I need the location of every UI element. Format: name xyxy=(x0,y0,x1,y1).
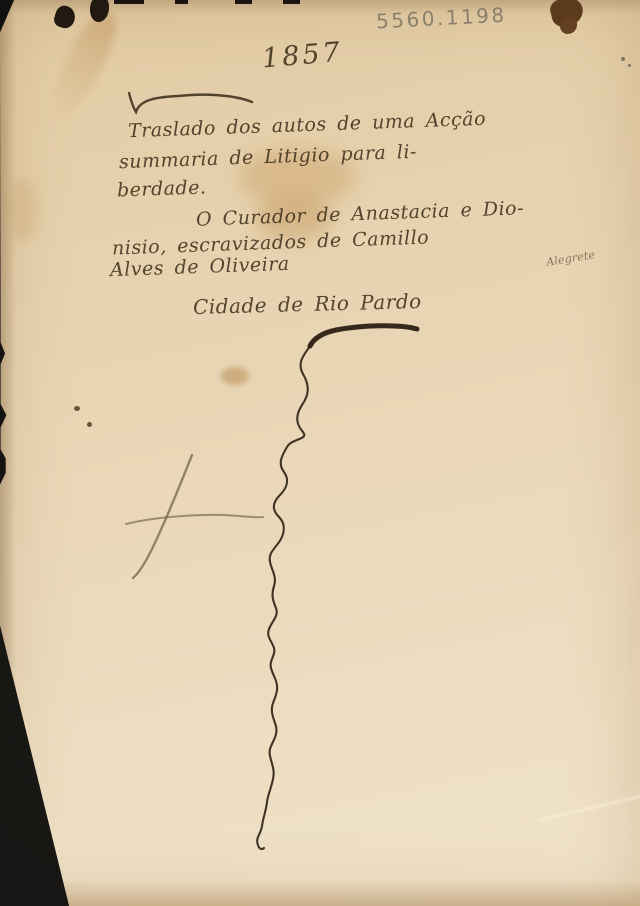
paper-edge-shadow-top xyxy=(0,0,640,14)
paper-stain xyxy=(221,367,249,385)
pencil-cross-mark xyxy=(133,455,192,578)
marginal-annotation: Alegrete xyxy=(545,248,596,269)
manuscript-page: 5560.1198 1857 Traslado dos autos de uma… xyxy=(0,0,640,906)
party-line-1: O Curador de Anastacia e Dio- xyxy=(196,197,525,230)
paper-speck xyxy=(621,57,625,61)
vertical-wavy-line xyxy=(257,346,310,849)
edge-ink-mark xyxy=(175,0,188,4)
paper-speck xyxy=(628,64,631,67)
pencil-cross-mark xyxy=(126,515,263,524)
heading-line-1: Traslado dos autos de uma Acção xyxy=(128,108,487,142)
brown-stain-blob xyxy=(560,17,577,34)
flourish-line xyxy=(129,93,252,112)
paper-crease xyxy=(539,794,640,822)
paper-stain xyxy=(42,4,127,124)
heading-line-2: summaria de Litigio para li- xyxy=(119,141,418,173)
edge-ink-mark xyxy=(114,0,144,4)
underline-flourish xyxy=(310,326,417,346)
year-heading: 1857 xyxy=(261,37,344,75)
edge-ink-mark xyxy=(235,0,252,4)
place-line: Cidade de Rio Pardo xyxy=(193,289,422,319)
paper-edge-shadow-bottom xyxy=(40,880,640,906)
paper-speck xyxy=(87,422,92,427)
edge-ink-mark xyxy=(283,0,300,4)
heading-line-3: berdade. xyxy=(117,176,207,201)
ink-marks-overlay xyxy=(0,0,640,906)
photo-backing: 5560.1198 1857 Traslado dos autos de uma… xyxy=(0,0,640,906)
paper-edge-shadow-left xyxy=(0,0,16,906)
paper-speck xyxy=(74,406,80,411)
